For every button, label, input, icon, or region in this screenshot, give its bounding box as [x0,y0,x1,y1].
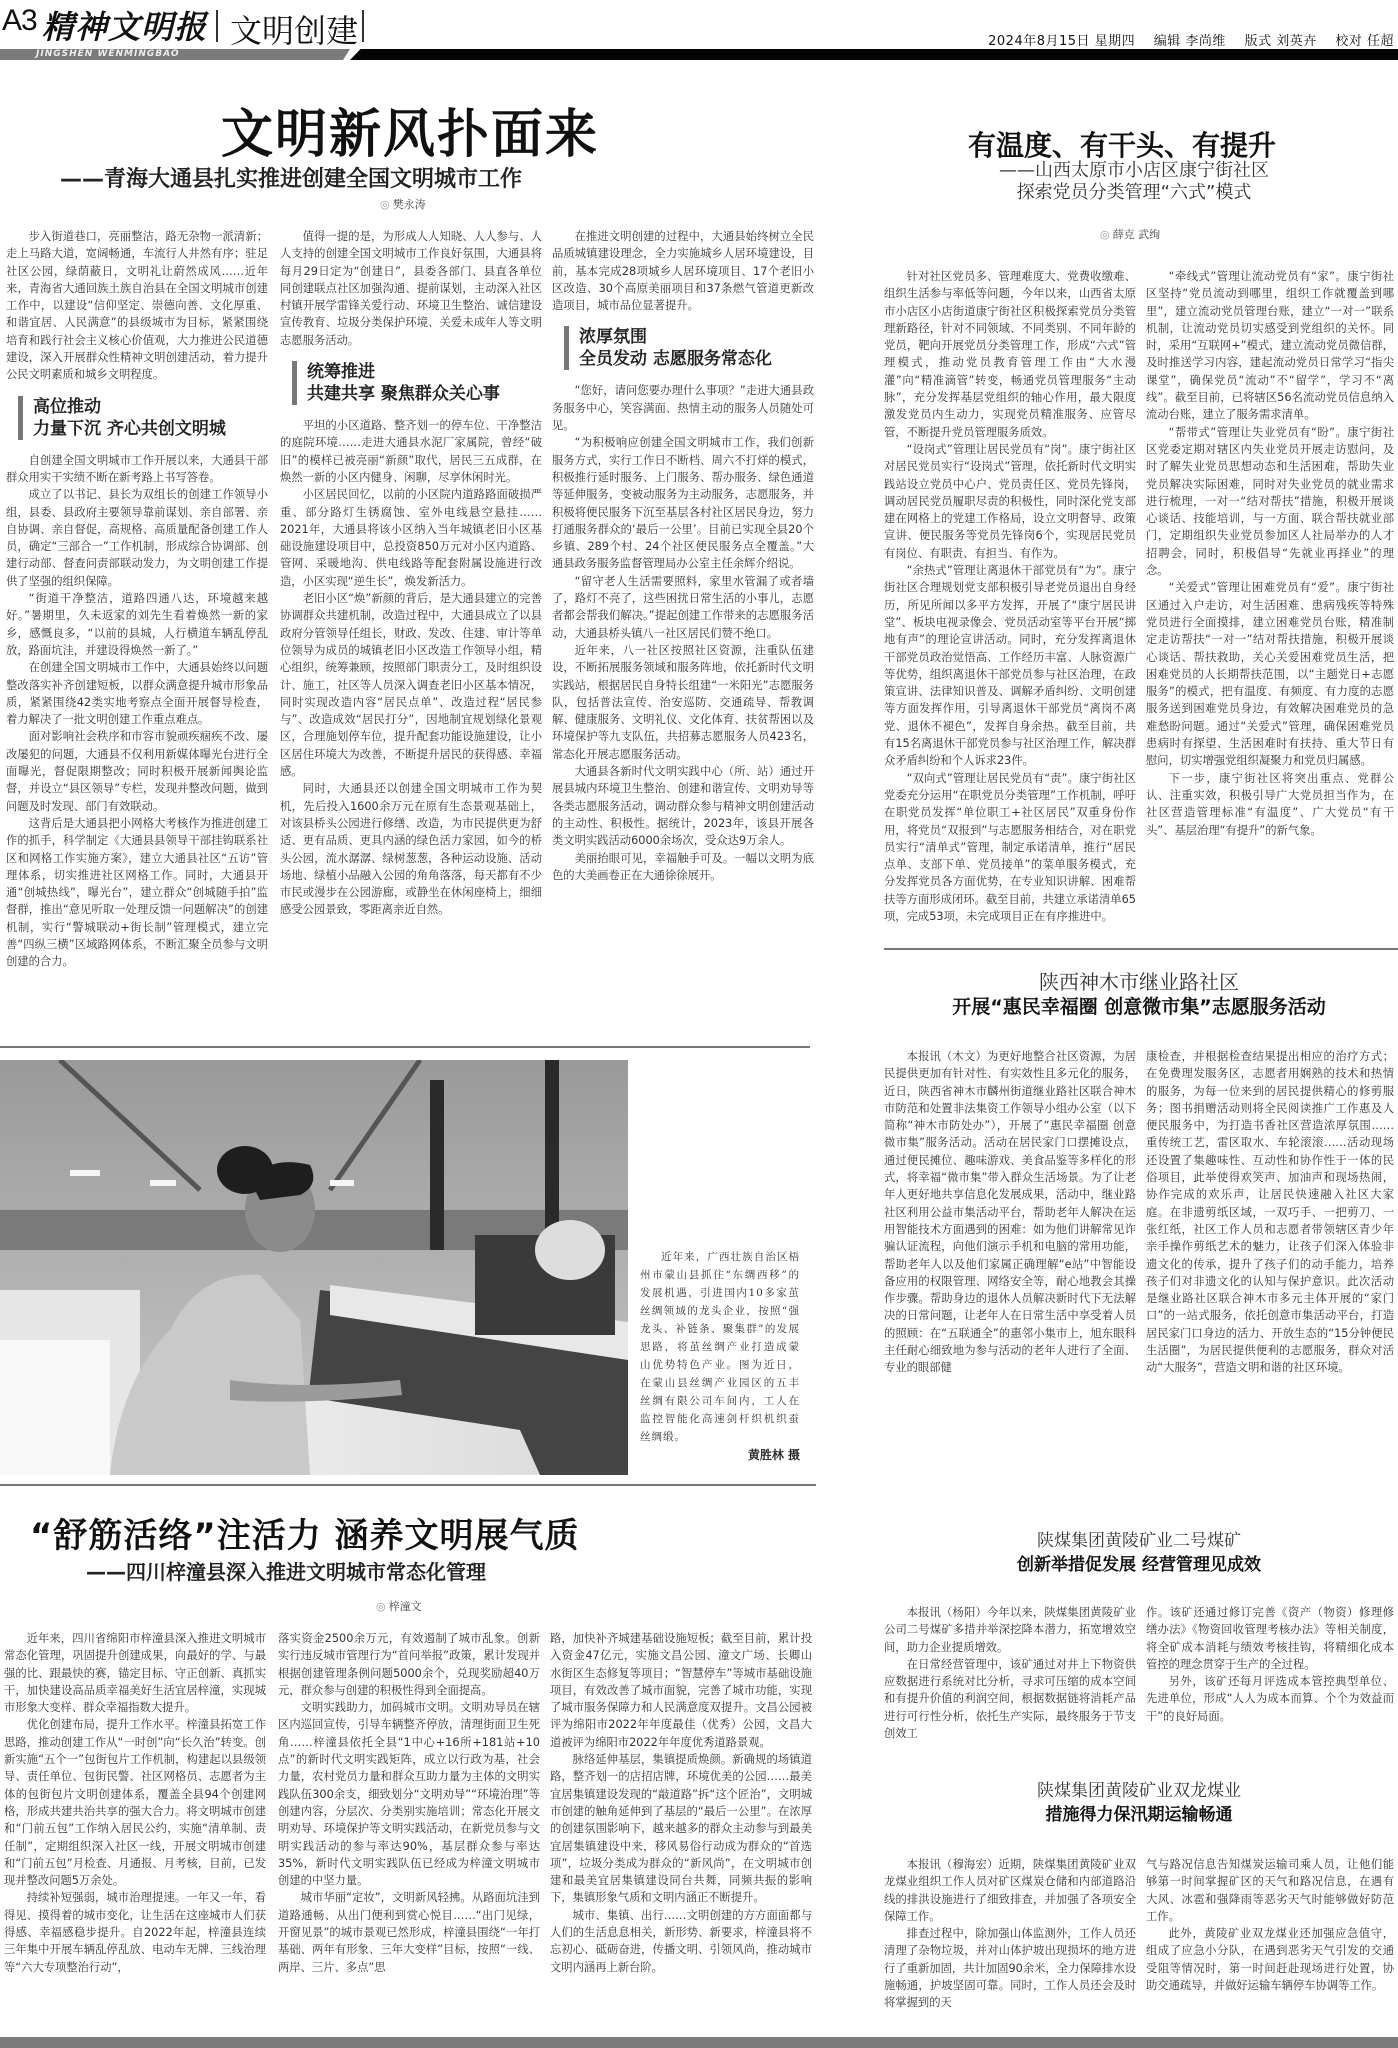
section-subhead: 统筹推进共建共享 聚焦群众关心事 [292,361,542,405]
divider [216,10,218,42]
layout-credit: 版式 刘英卉 [1245,34,1317,49]
article-column: 针对社区党员多、管理难度大、党费收缴难、组织生活参与率低等问题，今年以来，山西省… [884,268,1136,948]
article-column: 本报讯（穆海宏）近期，陕煤集团黄陵矿业双龙煤业组织工作人员对矿区煤炭仓储和内部道… [884,1856,1136,2031]
article-column: 作。该矿还通过修订完善《资产（物资）修理修缮办法》《物资回收管理考核办法》等相关… [1146,1604,1394,1744]
article-column: 值得一提的是，为形成人人知晓、人人参与、人人支持的创建全国文明城市工作良好氛围，… [280,228,542,1028]
article-column: 步入街道巷口，亮丽整洁，路无杂物一派清新；走上马路大道，宽阔畅通，车流行人井然有… [6,228,268,971]
section-title: 文明创建 [230,6,358,52]
proofreader-credit: 校对 任超 [1335,34,1394,49]
byline-marker-icon: ◎ [376,1600,386,1613]
article-byline: ◎樊永涛 [380,196,426,212]
article-column: 路，加快补齐城建基础设施短板；截至目前，累计投入资金47亿元，实施文昌公园、潼文… [550,1630,812,2030]
article-byline: ◎薛克 武绚 [1100,226,1160,242]
article-kicker: 陕煤集团黄陵矿业双龙煤业 [880,1776,1398,1801]
section-subhead: 浓厚氛围全员发动 志愿服务常态化 [564,326,814,370]
photo-credit: 黄胜林 摄 [748,1446,800,1464]
footer-bar [0,2037,1398,2048]
article-column: “牵线式”管理让流动党员有“家”。康宁街社区坚持“党员流动到哪里，组织工作就覆盖… [1146,268,1394,948]
article-headline: 开展“惠民幸福圈 创意微市集”志愿服务活动 [880,992,1398,1019]
editor-credit: 编辑 李尚维 [1154,34,1226,49]
article-subheadline: ——四川梓潼县深入推进文明城市常态化管理 [86,1556,486,1585]
section-divider [884,948,1398,950]
article-subheadline: ——山西太原市小店区康宁街社区 探索党员分类管理“六式”模式 [974,160,1294,204]
article-column: 气与路况信息告知煤炭运输司乘人员，让他们能够第一时间掌握矿区的天气和路况信息，在… [1146,1856,1394,2031]
issue-date: 2024年8月15日 星期四 [988,34,1135,49]
issue-info: 2024年8月15日 星期四 编辑 李尚维 版式 刘英卉 校对 任超 [974,30,1394,49]
photo-silk-weaving [0,1060,628,1475]
newspaper-logo: 精神文明报 [42,2,207,48]
section-divider [0,1484,816,1486]
article-subheadline: ——青海大通县扎实推进创建全国文明城市工作 [60,162,522,193]
article-headline: 文明新风扑面来 [0,92,820,167]
article-headline: 创新举措促发展 经营管理见成效 [880,1550,1398,1575]
byline-marker-icon: ◎ [380,198,390,211]
article-column: 康检查，并根据检查结果提出相应的治疗方式；在免费理发服务区，志愿者用娴熟的技术和… [1146,1048,1394,1478]
article-kicker: 陕煤集团黄陵矿业二号煤矿 [880,1526,1398,1551]
article-headline: “舒筋活络”注活力 涵养文明展气质 [30,1508,580,1557]
weaving-worker-image [0,1060,628,1475]
section-subhead: 高位推动力量下沉 齐心共创文明城 [18,396,268,440]
article-column: 在推进文明创建的过程中，大通县始终树立全民品质城镇建设理念，全力实施城乡人居环境… [552,228,814,1028]
article-column: 落实资金2500余万元，有效遏制了城市乱象。创新实行违反城市管理行为“首问举报”… [278,1630,540,2030]
article-column: 本报讯（木文）为更好地整合社区资源，为居民提供更加有针对性、有实效性且多元化的服… [884,1048,1136,1478]
page-number: A3 [2,4,37,38]
header-bar-black [350,49,1398,60]
article-headline: 有温度、有干头、有提升 [968,124,1276,164]
article-column: 本报讯（杨阳）今年以来，陕煤集团黄陵矿业公司二号煤矿多措并举深挖降本潜力，拓宽增… [884,1604,1136,1744]
divider [362,10,364,42]
article-kicker: 陕西神木市继业路社区 [880,966,1398,995]
article-byline: ◎梓潼文 [376,1598,422,1614]
article-column: 近年来，四川省绵阳市梓潼县深入推进文明城市常态化管理，巩固提升创建成果，向最好的… [4,1630,266,2030]
paper-pinyin: JINGSHEN WENMINGBAO [36,49,179,60]
section-divider [0,1046,810,1048]
byline-marker-icon: ◎ [1100,228,1110,241]
masthead: A3 精神文明报 文明创建 2024年8月15日 星期四 编辑 李尚维 版式 刘… [0,0,1398,62]
photo-caption: 近年来，广西壮族自治区梧州市蒙山县抓住“东绸西移”的发展机遇，引进国内10多家茧… [640,1248,800,1464]
article-headline: 措施得力保汛期运输畅通 [880,1800,1398,1825]
